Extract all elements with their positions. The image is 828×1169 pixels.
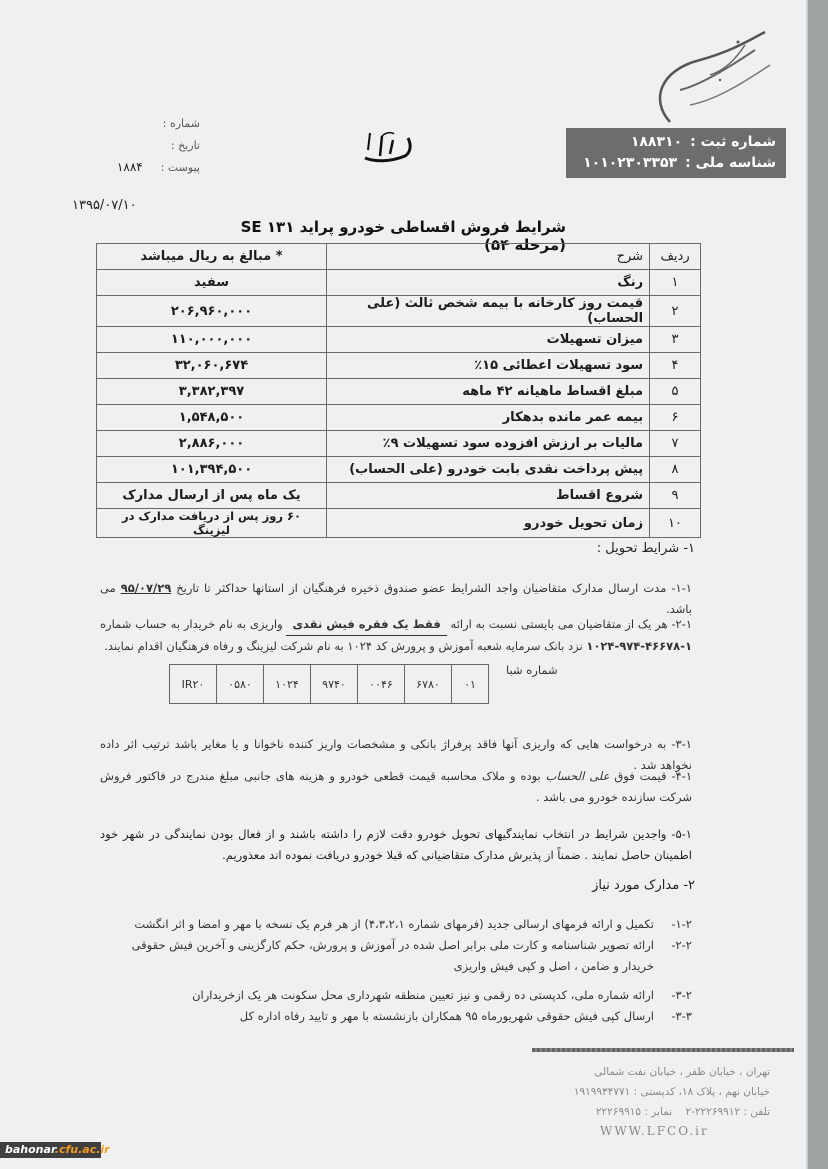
- letter-meta: شماره : تاریخ : پیوست : ۱۸۸۴: [70, 112, 200, 178]
- sheba-number-table: IR۲۰ ۰۵۸۰ ۱۰۲۴ ۹۷۴۰ ۰۰۴۶ ۶۷۸۰ ۰۱: [169, 664, 489, 704]
- row-number: ۶: [650, 405, 701, 431]
- footer-address: تهران ، خیابان ظفر ، خیابان نفت شمالی خی…: [560, 1062, 770, 1122]
- account-number: ۱-۴۶۶۷۸-۹۷۴-۱۰۲۴: [586, 639, 692, 653]
- list-item: ۱-۲- تکمیل و ارائه فرمهای ارسالی جدید (ف…: [100, 914, 692, 935]
- watermark-part-1: bahonar: [5, 1143, 55, 1156]
- header-amount: * مبالغ به ریال میباشد: [97, 244, 327, 270]
- registration-box: شماره ثبت : ۱۸۸۳۱۰ شناسه ملی : ۱۰۱۰۲۳۰۳۳…: [566, 128, 786, 178]
- date-row: تاریخ :: [70, 134, 200, 156]
- row-description: زمان تحویل خودرو: [327, 509, 650, 538]
- attachment-label: پیوست :: [161, 161, 200, 174]
- watermark-part-2: .cfu.ac.ir: [55, 1143, 110, 1156]
- list-item: ۳-۳- ارسال کپی فیش حقوقی شهریورماه ۹۵ هم…: [100, 1006, 692, 1027]
- paragraph-1-4-prefix: ۴-۱- قیمت فوق: [609, 769, 692, 783]
- list-item: ۲-۲- ارائه تصویر شناسنامه و کارت ملی برا…: [100, 935, 692, 977]
- sheba-row: IR۲۰ ۰۵۸۰ ۱۰۲۴ ۹۷۴۰ ۰۰۴۶ ۶۷۸۰ ۰۱: [170, 665, 489, 704]
- registration-number: ۱۸۸۳۱۰: [631, 132, 682, 153]
- sheba-part: ۰۰۴۶: [358, 665, 405, 704]
- sheba-label: شماره شبا: [506, 663, 558, 677]
- row-description: بیمه عمر مانده بدهکار: [327, 405, 650, 431]
- paragraph-1-2-mid: واریزی به نام خریدار به حساب شماره: [100, 617, 286, 631]
- paragraph-1-1-prefix: ۱-۱- مدت ارسال مدارک متقاضیان واجد الشرا…: [171, 581, 692, 595]
- sale-conditions-table: ردیف شرح * مبالغ به ریال میباشد ۱ رنگ سف…: [96, 243, 701, 538]
- row-value: ۳۲,۰۶۰,۶۷۴: [97, 353, 327, 379]
- national-id-line: شناسه ملی : ۱۰۱۰۲۳۰۳۳۵۳: [576, 153, 776, 174]
- row-description: پیش پرداخت نقدی بابت خودرو (علی الحساب): [327, 457, 650, 483]
- phone-label: تلفن :: [743, 1106, 770, 1118]
- row-number: ۷: [650, 431, 701, 457]
- row-number: ۳: [650, 327, 701, 353]
- row-value: ۲,۸۸۶,۰۰۰: [97, 431, 327, 457]
- deadline-date: ۹۵/۰۷/۲۹: [121, 581, 172, 595]
- company-logo: [640, 30, 780, 125]
- address-line-2: خیابان نهم ، پلاک ۱۸، کدپستی : ۱۹۱۹۹۳۴۷۷…: [560, 1082, 770, 1102]
- table-row: ۷ مالیات بر ارزش افزوده سود تسهیلات ۹٪ ۲…: [97, 431, 701, 457]
- row-number: ۱: [650, 270, 701, 296]
- item-number: ۳-۳-: [654, 1006, 692, 1027]
- scan-edge: [806, 0, 828, 1169]
- table-row: ۸ پیش پرداخت نقدی بابت خودرو (علی الحساب…: [97, 457, 701, 483]
- document-page: شماره ثبت : ۱۸۸۳۱۰ شناسه ملی : ۱۰۱۰۲۳۰۳۳…: [0, 0, 806, 1169]
- date-label: تاریخ :: [171, 139, 200, 152]
- sheba-part: ۱۰۲۴: [264, 665, 311, 704]
- item-text: ارسال کپی فیش حقوقی شهریورماه ۹۵ همکاران…: [100, 1006, 654, 1027]
- contact-line: تلفن : ۲۲۲۶۹۹۱۲-۲ نمابر : ۲۲۲۶۹۹۱۵: [560, 1102, 770, 1122]
- row-value: سفید: [97, 270, 327, 296]
- row-description: مالیات بر ارزش افزوده سود تسهیلات ۹٪: [327, 431, 650, 457]
- single-receipt-note: فقط یک فقره فیش نقدی: [286, 614, 446, 636]
- header-row-number: ردیف: [650, 244, 701, 270]
- number-row: شماره :: [70, 112, 200, 134]
- row-description: سود تسهیلات اعطائی ۱۵٪: [327, 353, 650, 379]
- table-row: ۲ قیمت روز کارخانه با بیمه شخص ثالث (علی…: [97, 296, 701, 327]
- table-row: ۴ سود تسهیلات اعطائی ۱۵٪ ۳۲,۰۶۰,۶۷۴: [97, 353, 701, 379]
- address-line-1: تهران ، خیابان ظفر ، خیابان نفت شمالی: [560, 1062, 770, 1082]
- row-number: ۹: [650, 483, 701, 509]
- registration-number-line: شماره ثبت : ۱۸۸۳۱۰: [576, 132, 776, 153]
- table-row: ۱۰ زمان تحویل خودرو ۶۰ روز پس از دریافت …: [97, 509, 701, 538]
- section-2-title: ۲- مدارک مورد نیاز: [480, 878, 695, 893]
- row-description: قیمت روز کارخانه با بیمه شخص ثالث (علی ا…: [327, 296, 650, 327]
- item-text: ارائه شماره ملی، کدپستی ده رقمی و نیز تع…: [100, 985, 654, 1006]
- item-text: تکمیل و ارائه فرمهای ارسالی جدید (فرمهای…: [100, 914, 654, 935]
- calligraphy-logo-icon: [640, 30, 780, 125]
- registration-label: شماره ثبت :: [690, 132, 776, 153]
- table-row: ۳ میزان تسهیلات ۱۱۰,۰۰۰,۰۰۰: [97, 327, 701, 353]
- row-description: مبلغ اقساط ماهیانه ۴۲ ماهه: [327, 379, 650, 405]
- footer-divider: [532, 1048, 794, 1052]
- row-value: ۱۰۱,۳۹۴,۵۰۰: [97, 457, 327, 483]
- basmala-calligraphy: [360, 128, 420, 168]
- row-description: میزان تسهیلات: [327, 327, 650, 353]
- sheba-part: ۰۱: [452, 665, 489, 704]
- national-id-label: شناسه ملی :: [685, 153, 776, 174]
- attachment-row: پیوست : ۱۸۸۴: [70, 156, 200, 178]
- table-row: ۶ بیمه عمر مانده بدهکار ۱,۵۴۸,۵۰۰: [97, 405, 701, 431]
- table-row: ۹ شروع اقساط یک ماه پس از ارسال مدارک: [97, 483, 701, 509]
- phone-number: ۲۲۲۶۹۹۱۲-۲: [686, 1106, 741, 1118]
- row-value: ۲۰۶,۹۶۰,۰۰۰: [97, 296, 327, 327]
- section-1-title: ۱- شرایط تحویل :: [480, 541, 695, 556]
- basmala-icon: [360, 128, 420, 168]
- sheba-part: ۰۵۸۰: [217, 665, 264, 704]
- table-row: ۵ مبلغ اقساط ماهیانه ۴۲ ماهه ۳,۳۸۲,۳۹۷: [97, 379, 701, 405]
- row-description: شروع اقساط: [327, 483, 650, 509]
- fax-label: نمابر :: [644, 1106, 672, 1118]
- header-description: شرح: [327, 244, 650, 270]
- item-number: ۳-۲-: [654, 985, 692, 1006]
- row-description: رنگ: [327, 270, 650, 296]
- number-label: شماره :: [163, 117, 200, 130]
- row-value: ۱,۵۴۸,۵۰۰: [97, 405, 327, 431]
- website-link[interactable]: WWW.LFCO.ir: [600, 1124, 709, 1138]
- row-value: ۱۱۰,۰۰۰,۰۰۰: [97, 327, 327, 353]
- row-number: ۴: [650, 353, 701, 379]
- sheba-part: ۹۷۴۰: [311, 665, 358, 704]
- item-number: ۲-۲-: [654, 935, 692, 977]
- item-text: ارائه تصویر شناسنامه و کارت ملی برابر اص…: [100, 935, 654, 977]
- paragraph-1-2-suffix: نزد بانک سرمایه شعبه آموزش و پرورش کد ۱۰…: [104, 639, 586, 653]
- row-value: ۳,۳۸۲,۳۹۷: [97, 379, 327, 405]
- table-header-row: ردیف شرح * مبالغ به ریال میباشد: [97, 244, 701, 270]
- row-number: ۵: [650, 379, 701, 405]
- fax-number: ۲۲۲۶۹۹۱۵: [596, 1106, 641, 1118]
- paragraph-1-2: ۲-۱- هر یک از متقاضیان می بایستی نسبت به…: [100, 614, 692, 657]
- row-number: ۲: [650, 296, 701, 327]
- row-number: ۱۰: [650, 509, 701, 538]
- handwritten-date: ۱۳۹۵/۰۷/۱۰: [72, 198, 137, 213]
- source-watermark: bahonar.cfu.ac.ir: [0, 1142, 101, 1158]
- table-row: ۱ رنگ سفید: [97, 270, 701, 296]
- list-item: ۳-۲- ارائه شماره ملی، کدپستی ده رقمی و ن…: [100, 985, 692, 1006]
- attachment-value: ۱۸۸۴: [117, 160, 143, 174]
- item-number: ۱-۲-: [654, 914, 692, 935]
- paragraph-1-4: ۴-۱- قیمت فوق علی الحساب بوده و ملاک محا…: [100, 766, 692, 808]
- row-value: ۶۰ روز پس از دریافت مدارک در لیزینگ: [97, 509, 327, 538]
- sheba-part: ۶۷۸۰: [405, 665, 452, 704]
- on-account-note: علی الحساب: [546, 769, 610, 783]
- paragraph-1-5: ۵-۱- واجدین شرایط در انتخاب نمایندگیهای …: [100, 824, 692, 866]
- sheba-part: IR۲۰: [170, 665, 217, 704]
- row-value: یک ماه پس از ارسال مدارک: [97, 483, 327, 509]
- national-id: ۱۰۱۰۲۳۰۳۳۵۳: [583, 153, 677, 174]
- paragraph-1-2-prefix: ۲-۱- هر یک از متقاضیان می بایستی نسبت به…: [447, 617, 692, 631]
- row-number: ۸: [650, 457, 701, 483]
